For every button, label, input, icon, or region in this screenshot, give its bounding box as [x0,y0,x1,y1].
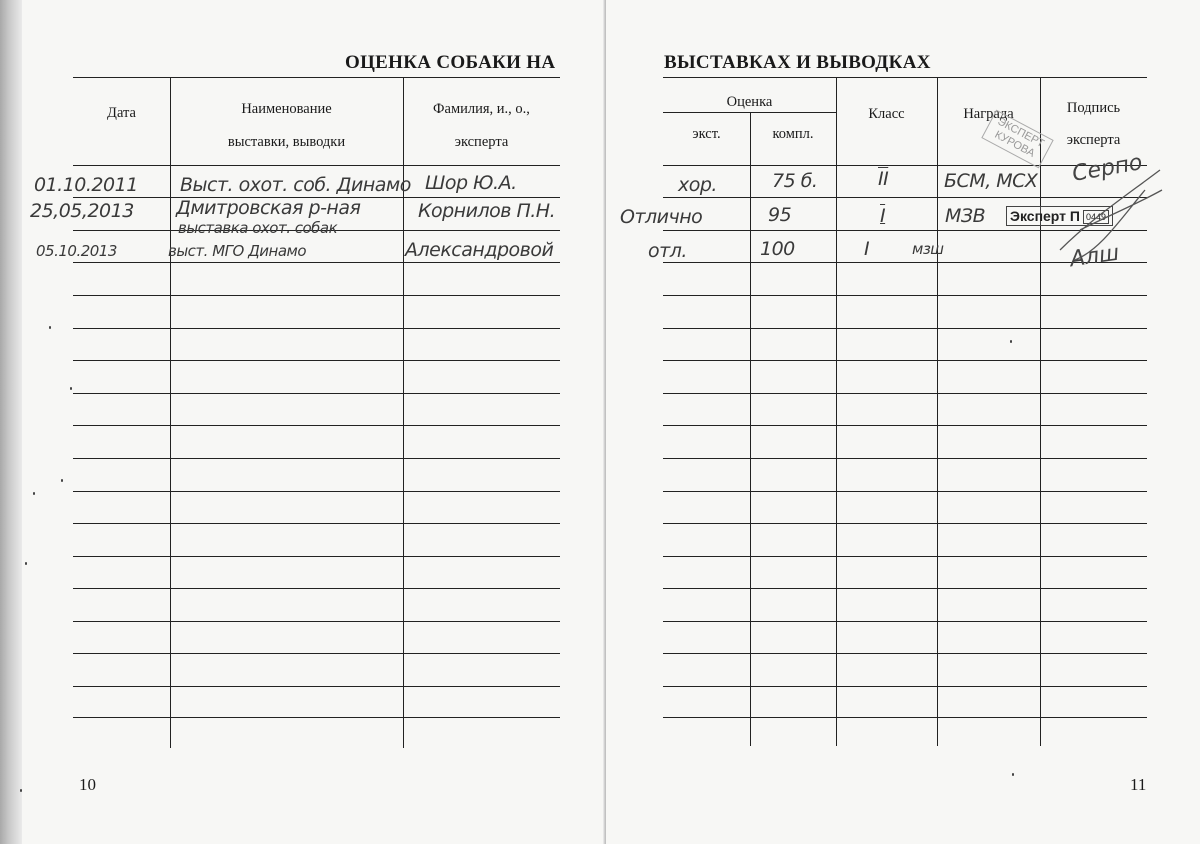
scan-speck [49,326,51,329]
entry-2-expert: Корнилов П.Н. [418,200,555,222]
table-row-line [73,393,560,394]
table-column-line [170,77,171,748]
entry-2-compl: 95 [768,204,791,226]
entry-1-ext: хор. [678,174,717,196]
scan-speck [1010,340,1012,343]
page-number-left: 10 [79,775,96,795]
table-row-line [73,425,560,426]
entry-3-show-name: выст. МГО Динамо [168,242,306,260]
entry-3-award: мзш [912,240,944,258]
header-award: Награда [937,105,1040,123]
entry-1-show-name: Выст. охот. соб. Динамо [180,174,411,196]
header-show-name-line1: Наименование [170,93,403,126]
table-row-line [663,717,1147,718]
entry-1-class: II [878,168,888,190]
entry-3-expert: Александровой [405,239,553,261]
header-signature-line1: Подпись [1040,92,1147,124]
entry-3-class: I [864,238,869,260]
header-signature: Подпись эксперта [1040,92,1147,156]
entry-3-date: 05.10.2013 [36,242,117,260]
header-show-name: Наименование выставки, выводки [170,93,403,159]
table-row-line [73,458,560,459]
table-row-line [663,77,1147,78]
header-expert-name-line1: Фамилия, и., о., [403,93,560,126]
header-evaluation-group: Оценка [663,93,836,111]
right-page-title: ВЫСТАВКАХ И ВЫВОДКАХ [664,52,931,74]
scan-speck [33,492,35,495]
table-row-line [73,328,560,329]
entry-1-expert: Шор Ю.А. [425,172,517,194]
table-column-line [836,77,837,746]
header-compl: компл. [750,125,836,143]
binding-shadow [0,0,22,844]
table-row-line [663,653,1147,654]
entry-2-class: I [880,205,885,227]
page-number-right: 11 [1130,775,1146,795]
header-date: Дата [73,104,170,122]
table-column-line [937,77,938,746]
table-row-line [73,653,560,654]
left-page-title: ОЦЕНКА СОБАКИ НА [345,52,555,74]
header-date-label: Дата [73,104,170,122]
table-row-line [73,588,560,589]
table-row-line [73,165,560,166]
table-row-line [73,77,560,78]
table-row-line [73,621,560,622]
scan-speck [20,789,22,792]
entry-1-date: 01.10.2011 [34,174,138,196]
header-expert-name-line2: эксперта [403,126,560,159]
scan-speck [70,387,72,390]
table-row-line [663,556,1147,557]
entry-2-date: 25,05,2013 [30,200,134,222]
table-row-line [73,523,560,524]
table-row-line [663,588,1147,589]
entry-2-award: МЗВ [945,205,985,227]
table-row-line [663,458,1147,459]
header-show-name-line2: выставки, выводки [170,126,403,159]
table-row-line [73,295,560,296]
table-row-line [663,491,1147,492]
table-row-line [73,717,560,718]
table-row-line [73,556,560,557]
scan-speck [1012,773,1014,776]
table-column-line [1040,77,1041,746]
table-row-line [663,295,1147,296]
entry-3-ext: отл. [648,240,687,262]
table-row-line [73,686,560,687]
entry-1-compl: 75 б. [772,170,817,192]
entry-2-ext: Отлично [620,206,702,228]
scan-speck [25,562,27,565]
header-class: Класс [836,105,937,123]
table-row-line [663,328,1147,329]
table-row-line [663,360,1147,361]
table-column-line [750,112,751,746]
signature-scribble [1050,160,1170,280]
entry-2-show-name-line1: Дмитровская р-ная [176,197,360,219]
table-row-line [663,425,1147,426]
table-row-line [663,523,1147,524]
table-row-line [73,262,560,263]
header-expert-name: Фамилия, и., о., эксперта [403,93,560,159]
table-row-line [663,621,1147,622]
header-ext: экст. [663,125,750,143]
entry-2-show-name-line2: выставка охот. собак [178,219,337,237]
table-row-line [663,686,1147,687]
scan-speck [61,479,63,482]
table-row-line [73,491,560,492]
table-row-line [73,360,560,361]
entry-1-award: БСМ, МСХ [944,170,1037,192]
table-row-line [663,393,1147,394]
entry-3-compl: 100 [760,238,795,260]
